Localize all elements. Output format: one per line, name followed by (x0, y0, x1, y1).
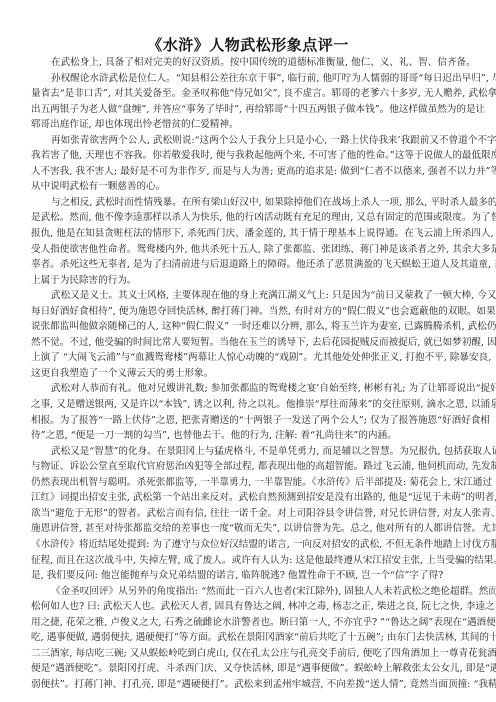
paragraph-line: 施恩讲信誉, 甚至对待张都监交给的差事也一度“敬而无失”, 以讲信誉为先。总之,… (31, 521, 467, 537)
paragraph-line: 郓哥出庭作证, 却也体现出怜老惜贫的仁爱精神。 (31, 117, 467, 133)
paragraph-line: 辜者。杀死这些无辜者, 是为了扫清前进与后退道路上的障碍。他还杀了恶贯满盈的飞天… (31, 257, 467, 273)
paragraph-line: 上属于为民除害的行为。 (31, 273, 467, 289)
paragraph-line: 从中说明武松有一颗慈善的心。 (31, 179, 467, 195)
document-body: 在武松身上, 具备了相对完美的好汉资质。按中国传统的道德标准衡量, 他仁、义、礼… (31, 55, 467, 692)
paragraph-line: 仍然表现出机智与聪明。杀死张都监等, 一半靠勇力, 一半靠智能。《水浒传》后半部… (31, 475, 467, 491)
paragraph-line: 欲当“避危于无形”的智者。武松言而有信, 往往一诺千金。对上司阳谷县令讲信誉, … (31, 506, 467, 522)
paragraph-line: 出五两银子为老人做“盘缠”, 并答应“事务了毕时”, 再给郓哥“十四五两银子做本… (31, 102, 467, 118)
paragraph-line: 孙权醒论水浒武松是位仁人。“知县相公差往东京干事”, 临行前, 他叮咛为人懦弱的… (31, 71, 467, 87)
paragraph-line: 这更自我塑造了一个义薄云天的勇士形象。 (31, 366, 467, 382)
paragraph-line: 江红》词提出招安主张, 武松第一个站出来反对。武松自然预测到招安是没有出路的, … (31, 490, 467, 506)
paragraph-line: 报仇, 他是在知县贪赃枉法的情形下, 杀死西门庆、潘金莲的, 其于情于理基本上说… (31, 226, 467, 242)
paragraph-line: 《水浒传》将近结尾处提到: 为了遵守与众位好汉结盟的诺言, 一向反对招安的武松,… (31, 537, 467, 553)
paragraph-line: 与之相反, 武松时而性情残暴。在所有梁山好汉中, 如果除掉他们在战场上杀人一项,… (31, 195, 467, 211)
paragraph-line: 待”之恩, “便是一刀一割的勾当”, 也替他去干。他的行为, 注解: 着“礼尚往… (31, 428, 467, 444)
paragraph-line: 用之捷, 花荣之雅, 卢俊义之大, 石秀之硫雌论水浒警者也。断曰第一人, 不亦宜… (31, 615, 467, 631)
paragraph-line: 受人指使欲害他性命者。鸳鸯楼内外, 他共杀死十五人, 除了张都监、张团练、蒋门神… (31, 242, 467, 258)
paragraph-line: 我若害了他, 天理也不容我。你若敬爱我时, 便与我救起他两个来, 不可害了他的性… (31, 148, 467, 164)
paragraph-line: 弱便扶”。打蒋门神、打孔亮, 即是“遇硬便打”。武松来到孟州牢城营, 不向差拨“… (31, 677, 467, 693)
paragraph-line: 与物证、诉讼公堂直至取代官府惩治凶犯等全部过程, 都表现出他的高超智能。路过飞云… (31, 459, 467, 475)
document-title: 《水浒》人物武松形象点评一 (0, 36, 496, 54)
paragraph-line: 征程, 而且在这次战斗中, 失掉左臂, 成了废人。或许有人认为: 这是他最终遵从… (31, 553, 467, 569)
paragraph-line: 武松对人恭而有礼。他对兄嫂讲礼数; 参加张都监的鸳鸯楼之宴’自始至终, 彬彬有礼… (31, 381, 467, 397)
paragraph-line: 松何如人也? 曰: 武松天人也。武松天人者, 固具有鲁达之阔, 林冲之毒, 杨志… (31, 599, 467, 615)
paragraph-line: 上演了 “大闹飞云浦”与“血溅鸳鸯楼”两幕让人惊心动魄的“戏剧”。尤其他处处伸张… (31, 350, 467, 366)
paragraph-line: 量省去“是非口舌”, 对其关爱备至。金圣叹称他“侍兄如父”, 良不虚言。郓哥的老… (31, 86, 467, 102)
paragraph-line: 每日好酒好食相待”, 便为施恩夺回快活林, 醉打蒋门神。当然, 有时对方的“假仁… (31, 304, 467, 320)
paragraph-line: 二三酒家, 每店吃三碗; 又从蜈蚣岭吃到白虎山, 仅在孔太公庄与孔亮交手前后, … (31, 646, 467, 662)
paragraph-line: 吃, 遇事便做, 遇弱便扶, 遇硬便打”等方面。武松在景阳冈酒家“前后共吃了十五… (31, 630, 467, 646)
paragraph-line: 人不害我, 我不害人; 最好是不可为非作歹, 而是与人为善; 更高的追求是: 做… (31, 164, 467, 180)
paragraph-line: 相报。为了报答“一路上伏侍”之恩, 把张青赠送的“十两银子一发送了两个公人”; … (31, 413, 467, 429)
paragraph-line: 再如张青欲害两个公人, 武松则说:“这两个公人于我分上只是小心, 一路上伏侍我来… (31, 133, 467, 149)
paragraph-line: 武松又是义士。其义士风格, 主要体现在他的身上充满江湖义气上: 只是因为“前日又… (31, 288, 467, 304)
paragraph-line: 然不觉。不过, 他受骗的时间比常人要短暂。当他在玉兰的诱导下, 去后花园捉贼反而… (31, 335, 467, 351)
paragraph-line: 在武松身上, 具备了相对完美的好汉资质。按中国传统的道德标准衡量, 他仁、义、礼… (31, 55, 467, 71)
paragraph-line: 说张都监叫他做亲随梯己的人, 这种“假仁假义” 一时还难以分辨, 那么, 将玉兰… (31, 319, 467, 335)
paragraph-line: 是武松。然而, 他不像李逵那样以杀人为快乐, 他的行凶活动既有充足的理由, 又总… (31, 210, 467, 226)
paragraph-line: 之事, 又是赠送银两, 又是许以“本钱”, 诱之以利, 待之以礼。他推崇“厚往而… (31, 397, 467, 413)
document-page: 《水浒》人物武松形象点评一 在武松身上, 具备了相对完美的好汉资质。按中国传统的… (0, 0, 496, 702)
paragraph-line: 是, 我们要反问: 他岂能抛弃与众兄弟结盟的诺言, 临阵脱逃? 他置性命于不顾,… (31, 568, 467, 584)
paragraph-line: 《金圣叹回评》从另外的角度指出: “然而此一百六人也者(宋江除外), 固独人人未… (31, 584, 467, 600)
paragraph-line: 武松又是“智慧”的化身。在景阳冈上与猛虎格斗, 不是单凭勇力, 而是辅以之智慧。… (31, 444, 467, 460)
paragraph-line: 便是“遇酒便吃”。景阳冈打虎、斗杀西门庆、又夺快活林, 即是“遇事便做”。蜈蚣岭… (31, 661, 467, 677)
